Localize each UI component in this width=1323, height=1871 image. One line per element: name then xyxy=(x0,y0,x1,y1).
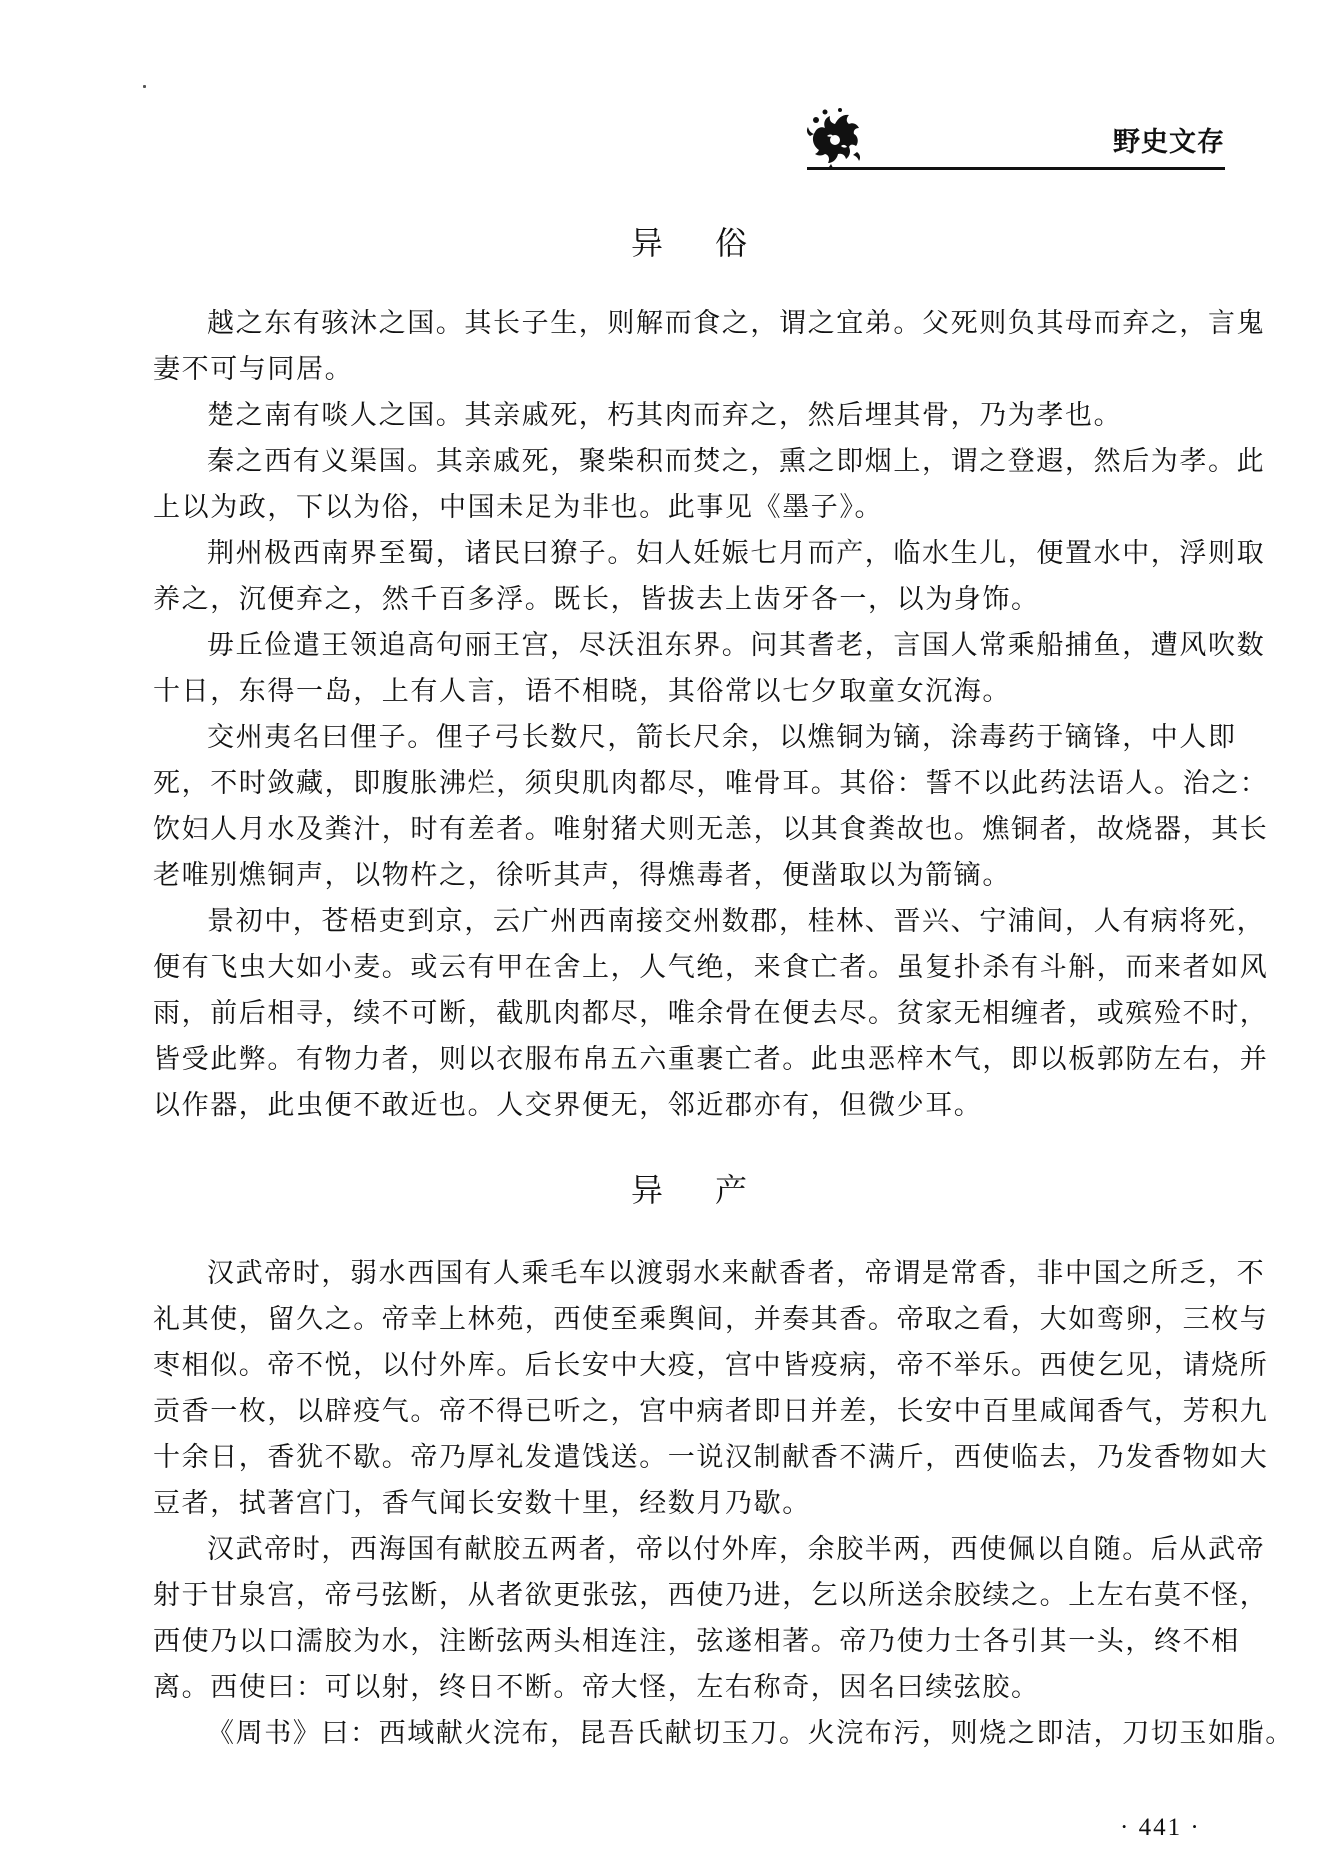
text-line: 离。西使曰：可以射，终日不断。帝大怪，左右称奇，因名曰续弦胶。 xyxy=(153,1665,1225,1711)
text-line: 射于甘泉宫，帝弓弦断，从者欲更张弦，西使乃进，乞以所送余胶续之。上左右莫不怪， xyxy=(153,1573,1225,1619)
text-line: 《周书》曰：西域献火浣布，昆吾氏献切玉刀。火浣布污，则烧之即洁，刀切玉如脂。 xyxy=(153,1711,1225,1757)
text-line: 以作器，此虫便不敢近也。人交界便无，邻近郡亦有，但微少耳。 xyxy=(153,1083,1225,1129)
section-title-char: 异 xyxy=(631,1171,663,1209)
text-line: 饮妇人月水及粪汁，时有差者。唯射猪犬则无恙，以其食粪故也。燋铜者，故烧器，其长 xyxy=(153,807,1225,853)
paragraph: 汉武帝时，弱水西国有人乘毛车以渡弱水来献香者，帝谓是常香，非中国之所乏，不 礼其… xyxy=(153,1251,1225,1527)
section-title-char: 俗 xyxy=(715,224,747,262)
paragraph: 越之东有骇沐之国。其长子生，则解而食之，谓之宜弟。父死则负其母而弃之，言鬼 妻不… xyxy=(153,301,1225,393)
scan-artifact xyxy=(143,85,146,88)
text-line: 交州夷名曰俚子。俚子弓长数尺，箭长尺余，以燋铜为镝，涂毒药于镝锋，中人即 xyxy=(153,715,1225,761)
text-line: 秦之西有义渠国。其亲戚死，聚柴积而焚之，熏之即烟上，谓之登遐，然后为孝。此 xyxy=(153,439,1225,485)
text-line: 老唯别燋铜声，以物杵之，徐听其声，得燋毒者，便凿取以为箭镝。 xyxy=(153,853,1225,899)
section-title-products: 异产 xyxy=(153,1162,1225,1218)
text-line: 枣相似。帝不悦，以付外库。后长安中大疫，宫中皆疫病，帝不举乐。西使乞见，请烧所 xyxy=(153,1343,1225,1389)
text-line: 养之，沉便弃之，然千百多浮。既长，皆拔去上齿牙各一，以为身饰。 xyxy=(153,577,1225,623)
text-line: 雨，前后相寻，续不可断，截肌肉都尽，唯余骨在便去尽。贫家无相缠者，或殡殓不时， xyxy=(153,991,1225,1037)
section-title-char: 异 xyxy=(631,224,663,262)
paragraph: 楚之南有啖人之国。其亲戚死，朽其肉而弃之，然后埋其骨，乃为孝也。 xyxy=(153,393,1225,439)
text-line: 便有飞虫大如小麦。或云有甲在舍上，人气绝，来食亡者。虽复扑杀有斗斛，而来者如风 xyxy=(153,945,1225,991)
text-line: 上以为政，下以为俗，中国未足为非也。此事见《墨子》。 xyxy=(153,485,1225,531)
text-line: 荆州极西南界至蜀，诸民曰獠子。妇人妊娠七月而产，临水生儿，便置水中，浮则取 xyxy=(153,531,1225,577)
text-line: 楚之南有啖人之国。其亲戚死，朽其肉而弃之，然后埋其骨，乃为孝也。 xyxy=(153,393,1225,439)
text-line: 景初中，苍梧吏到京，云广州西南接交州数郡，桂林、晋兴、宁浦间，人有病将死， xyxy=(153,899,1225,945)
paragraph: 《周书》曰：西域献火浣布，昆吾氏献切玉刀。火浣布污，则烧之即洁，刀切玉如脂。 xyxy=(153,1711,1225,1757)
text-line: 汉武帝时，西海国有献胶五两者，帝以付外库，余胶半两，西使佩以自随。后从武帝 xyxy=(153,1527,1225,1573)
text-line: 毋丘俭遣王领追高句丽王宫，尽沃沮东界。问其耆老，言国人常乘船捕鱼，遭风吹数 xyxy=(153,623,1225,669)
running-header: 野史文存 xyxy=(805,100,1225,172)
paragraph: 秦之西有义渠国。其亲戚死，聚柴积而焚之，熏之即烟上，谓之登遐，然后为孝。此 上以… xyxy=(153,439,1225,531)
text-line: 越之东有骇沐之国。其长子生，则解而食之，谓之宜弟。父死则负其母而弃之，言鬼 xyxy=(153,301,1225,347)
text-line: 豆者，拭著宫门，香气闻长安数十里，经数月乃歇。 xyxy=(153,1481,1225,1527)
text-line: 十余日，香犹不歇。帝乃厚礼发遣饯送。一说汉制献香不满斤，西使临去，乃发香物如大 xyxy=(153,1435,1225,1481)
header-rule xyxy=(807,167,1225,170)
paragraph: 景初中，苍梧吏到京，云广州西南接交州数郡，桂林、晋兴、宁浦间，人有病将死， 便有… xyxy=(153,899,1225,1129)
page-body: 异俗 越之东有骇沐之国。其长子生，则解而食之，谓之宜弟。父死则负其母而弃之，言鬼… xyxy=(153,215,1225,1757)
section-title-char: 产 xyxy=(715,1171,747,1209)
dragon-emblem-icon xyxy=(805,106,865,168)
text-line: 妻不可与同居。 xyxy=(153,347,1225,393)
text-line: 汉武帝时，弱水西国有人乘毛车以渡弱水来献香者，帝谓是常香，非中国之所乏，不 xyxy=(153,1251,1225,1297)
text-line: 十日，东得一岛，上有人言，语不相晓，其俗常以七夕取童女沉海。 xyxy=(153,669,1225,715)
page-number: · 441 · xyxy=(1120,1814,1201,1842)
text-line: 西使乃以口濡胶为水，注断弦两头相连注，弦遂相著。帝乃使力士各引其一头，终不相 xyxy=(153,1619,1225,1665)
paragraph: 汉武帝时，西海国有献胶五两者，帝以付外库，余胶半两，西使佩以自随。后从武帝 射于… xyxy=(153,1527,1225,1711)
text-line: 皆受此弊。有物力者，则以衣服布帛五六重裹亡者。此虫恶梓木气，即以板郭防左右，并 xyxy=(153,1037,1225,1083)
text-line: 礼其使，留久之。帝幸上林苑，西使至乘舆间，并奏其香。帝取之看，大如鸾卵，三枚与 xyxy=(153,1297,1225,1343)
paragraph: 交州夷名曰俚子。俚子弓长数尺，箭长尺余，以燋铜为镝，涂毒药于镝锋，中人即 死，不… xyxy=(153,715,1225,899)
paragraph: 毋丘俭遣王领追高句丽王宫，尽沃沮东界。问其耆老，言国人常乘船捕鱼，遭风吹数 十日… xyxy=(153,623,1225,715)
text-line: 贡香一枚，以辟疫气。帝不得已听之，宫中病者即日并差，长安中百里咸闻香气，芳积九 xyxy=(153,1389,1225,1435)
book-title: 野史文存 xyxy=(1113,120,1225,159)
section-title-customs: 异俗 xyxy=(153,215,1225,271)
text-line: 死，不时敛藏，即腹胀沸烂，须臾肌肉都尽，唯骨耳。其俗：誓不以此药法语人。治之： xyxy=(153,761,1225,807)
paragraph: 荆州极西南界至蜀，诸民曰獠子。妇人妊娠七月而产，临水生儿，便置水中，浮则取 养之… xyxy=(153,531,1225,623)
